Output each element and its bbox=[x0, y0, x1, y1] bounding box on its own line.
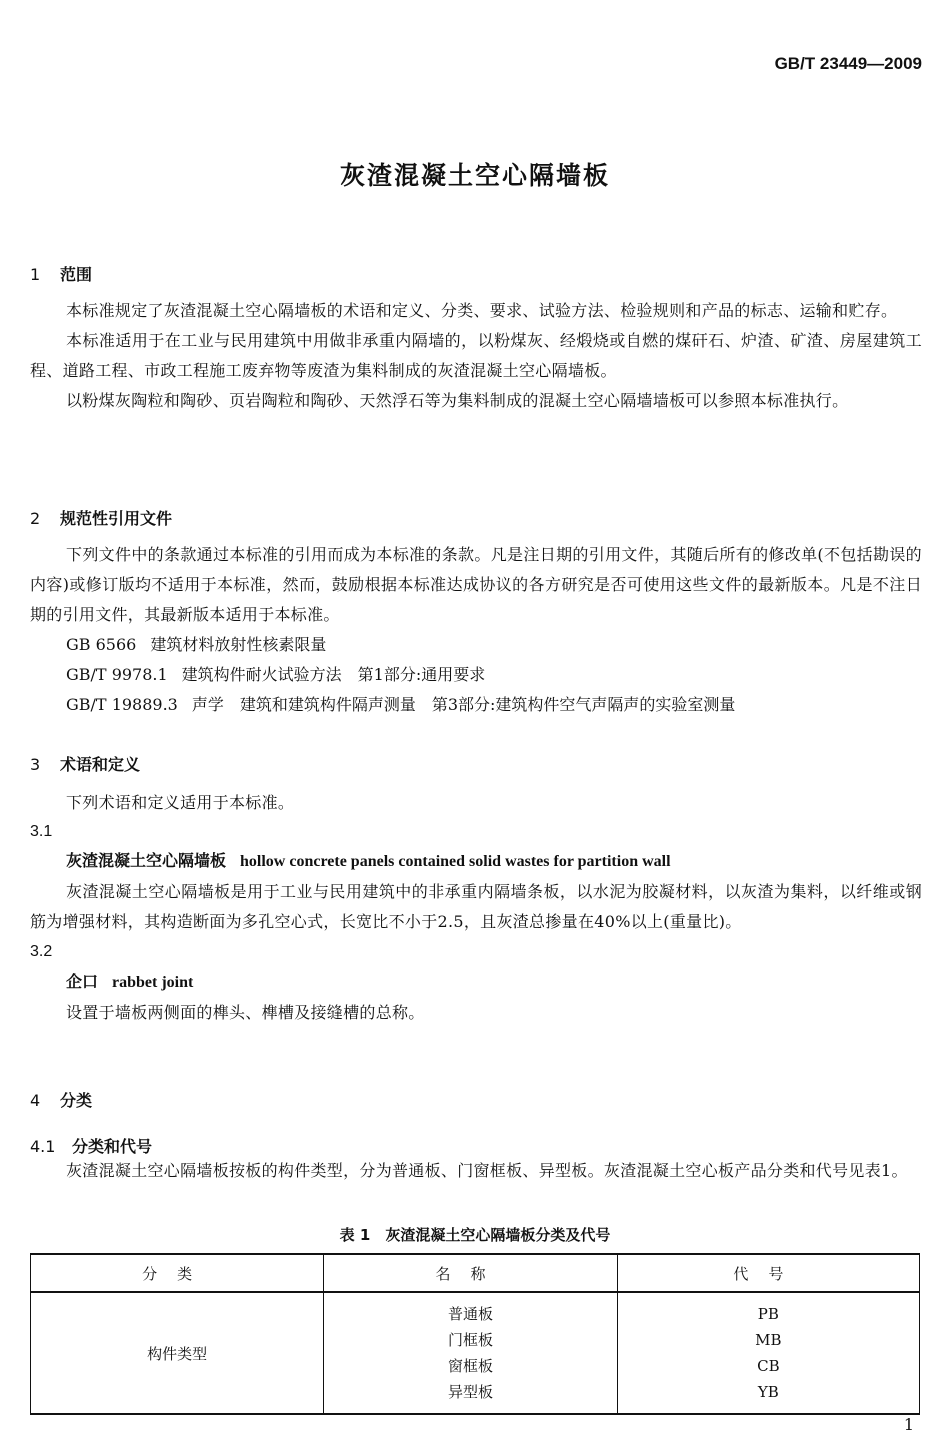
subsection-4-1-body: 灰渣混凝土空心隔墙板按板的构件类型，分为普通板、门窗框板、异型板。灰渣混凝土空心… bbox=[30, 1156, 922, 1186]
reference-code: GB 6566 bbox=[66, 630, 136, 660]
paragraph: 下列术语和定义适用于本标准。 bbox=[30, 788, 922, 818]
section-3-heading: 3术语和定义 bbox=[30, 752, 922, 775]
name-cell: 普通板 门框板 窗框板 异型板 bbox=[324, 1292, 617, 1414]
classification-table: 分类 名称 代号 构件类型 普通板 门框板 窗框板 异型板 PB MB CB Y… bbox=[30, 1253, 920, 1415]
section-2-body: 下列文件中的条款通过本标准的引用而成为本标准的条款。凡是注日期的引用文件，其随后… bbox=[30, 540, 922, 720]
section-title: 规范性引用文件 bbox=[60, 509, 172, 528]
paragraph: 灰渣混凝土空心隔墙板按板的构件类型，分为普通板、门窗框板、异型板。灰渣混凝土空心… bbox=[30, 1156, 922, 1186]
column-header: 代号 bbox=[617, 1254, 919, 1292]
page-number: 1 bbox=[904, 1415, 914, 1434]
clause-number: 3.1 bbox=[30, 818, 922, 846]
term-definition: 设置于墙板两侧面的榫头、榫槽及接缝槽的总称。 bbox=[30, 998, 922, 1028]
column-header: 名称 bbox=[324, 1254, 617, 1292]
section-number: 4 bbox=[30, 1091, 60, 1110]
term-zh: 灰渣混凝土空心隔墙板 bbox=[66, 851, 226, 870]
reference-item: GB/T 19889.3声学 建筑和建筑构件隔声测量 第3部分:建筑构件空气声隔… bbox=[30, 690, 922, 720]
code-cell: PB MB CB YB bbox=[617, 1292, 919, 1414]
paragraph: 本标准适用于在工业与民用建筑中用做非承重内隔墙的，以粉煤灰、经煅烧或自燃的煤矸石… bbox=[30, 326, 922, 386]
section-number: 2 bbox=[30, 509, 60, 528]
subsection-number: 4.1 bbox=[30, 1137, 72, 1156]
section-number: 1 bbox=[30, 265, 60, 284]
reference-item: GB 6566建筑材料放射性核素限量 bbox=[30, 630, 922, 660]
document-title: 灰渣混凝土空心隔墙板 bbox=[0, 156, 950, 192]
term-zh: 企口 bbox=[66, 972, 98, 991]
term-definition: 灰渣混凝土空心隔墙板是用于工业与民用建筑中的非承重内隔墙条板，以水泥为胶凝材料，… bbox=[30, 877, 922, 937]
name-value: 窗框板 bbox=[324, 1353, 616, 1379]
standard-code: GB/T 23449—2009 bbox=[775, 54, 922, 74]
name-value: 门框板 bbox=[324, 1327, 616, 1353]
subsection-title: 分类和代号 bbox=[72, 1137, 152, 1156]
section-title: 分类 bbox=[60, 1091, 92, 1110]
section-4-heading: 4分类 bbox=[30, 1088, 922, 1111]
reference-name: 建筑构件耐火试验方法 第1部分:通用要求 bbox=[182, 665, 486, 684]
name-value: 普通板 bbox=[324, 1301, 616, 1327]
code-value: PB bbox=[618, 1301, 919, 1327]
reference-item: GB/T 9978.1建筑构件耐火试验方法 第1部分:通用要求 bbox=[30, 660, 922, 690]
code-value: YB bbox=[618, 1379, 919, 1405]
reference-code: GB/T 9978.1 bbox=[66, 660, 168, 690]
reference-name: 声学 建筑和建筑构件隔声测量 第3部分:建筑构件空气声隔声的实验室测量 bbox=[192, 695, 736, 714]
subsection-4-1-heading: 4.1分类和代号 bbox=[30, 1134, 922, 1157]
section-number: 3 bbox=[30, 755, 60, 774]
section-title: 术语和定义 bbox=[60, 755, 140, 774]
table-row: 构件类型 普通板 门框板 窗框板 异型板 PB MB CB YB bbox=[31, 1292, 920, 1414]
term-en: rabbet joint bbox=[112, 974, 193, 991]
code-value: CB bbox=[618, 1353, 919, 1379]
reference-name: 建筑材料放射性核素限量 bbox=[150, 635, 326, 654]
term-entry: 企口rabbet joint bbox=[30, 967, 922, 998]
category-cell: 构件类型 bbox=[31, 1292, 324, 1414]
section-3-body: 下列术语和定义适用于本标准。 3.1 灰渣混凝土空心隔墙板hollow conc… bbox=[30, 788, 922, 1028]
section-2-heading: 2规范性引用文件 bbox=[30, 506, 922, 529]
paragraph: 以粉煤灰陶粒和陶砂、页岩陶粒和陶砂、天然浮石等为集料制成的混凝土空心隔墙墙板可以… bbox=[30, 386, 922, 416]
section-title: 范围 bbox=[60, 265, 92, 284]
section-1-heading: 1范围 bbox=[30, 262, 922, 285]
paragraph: 本标准规定了灰渣混凝土空心隔墙板的术语和定义、分类、要求、试验方法、检验规则和产… bbox=[30, 296, 922, 326]
table-caption: 表 1 灰渣混凝土空心隔墙板分类及代号 bbox=[0, 1224, 950, 1245]
table-header-row: 分类 名称 代号 bbox=[31, 1254, 920, 1292]
name-value: 异型板 bbox=[324, 1379, 616, 1405]
reference-code: GB/T 19889.3 bbox=[66, 690, 178, 720]
column-header: 分类 bbox=[31, 1254, 324, 1292]
code-value: MB bbox=[618, 1327, 919, 1353]
term-en: hollow concrete panels contained solid w… bbox=[240, 853, 671, 870]
section-1-body: 本标准规定了灰渣混凝土空心隔墙板的术语和定义、分类、要求、试验方法、检验规则和产… bbox=[30, 296, 922, 416]
term-entry: 灰渣混凝土空心隔墙板hollow concrete panels contain… bbox=[30, 846, 922, 877]
paragraph: 下列文件中的条款通过本标准的引用而成为本标准的条款。凡是注日期的引用文件，其随后… bbox=[30, 540, 922, 630]
clause-number: 3.2 bbox=[30, 937, 922, 967]
